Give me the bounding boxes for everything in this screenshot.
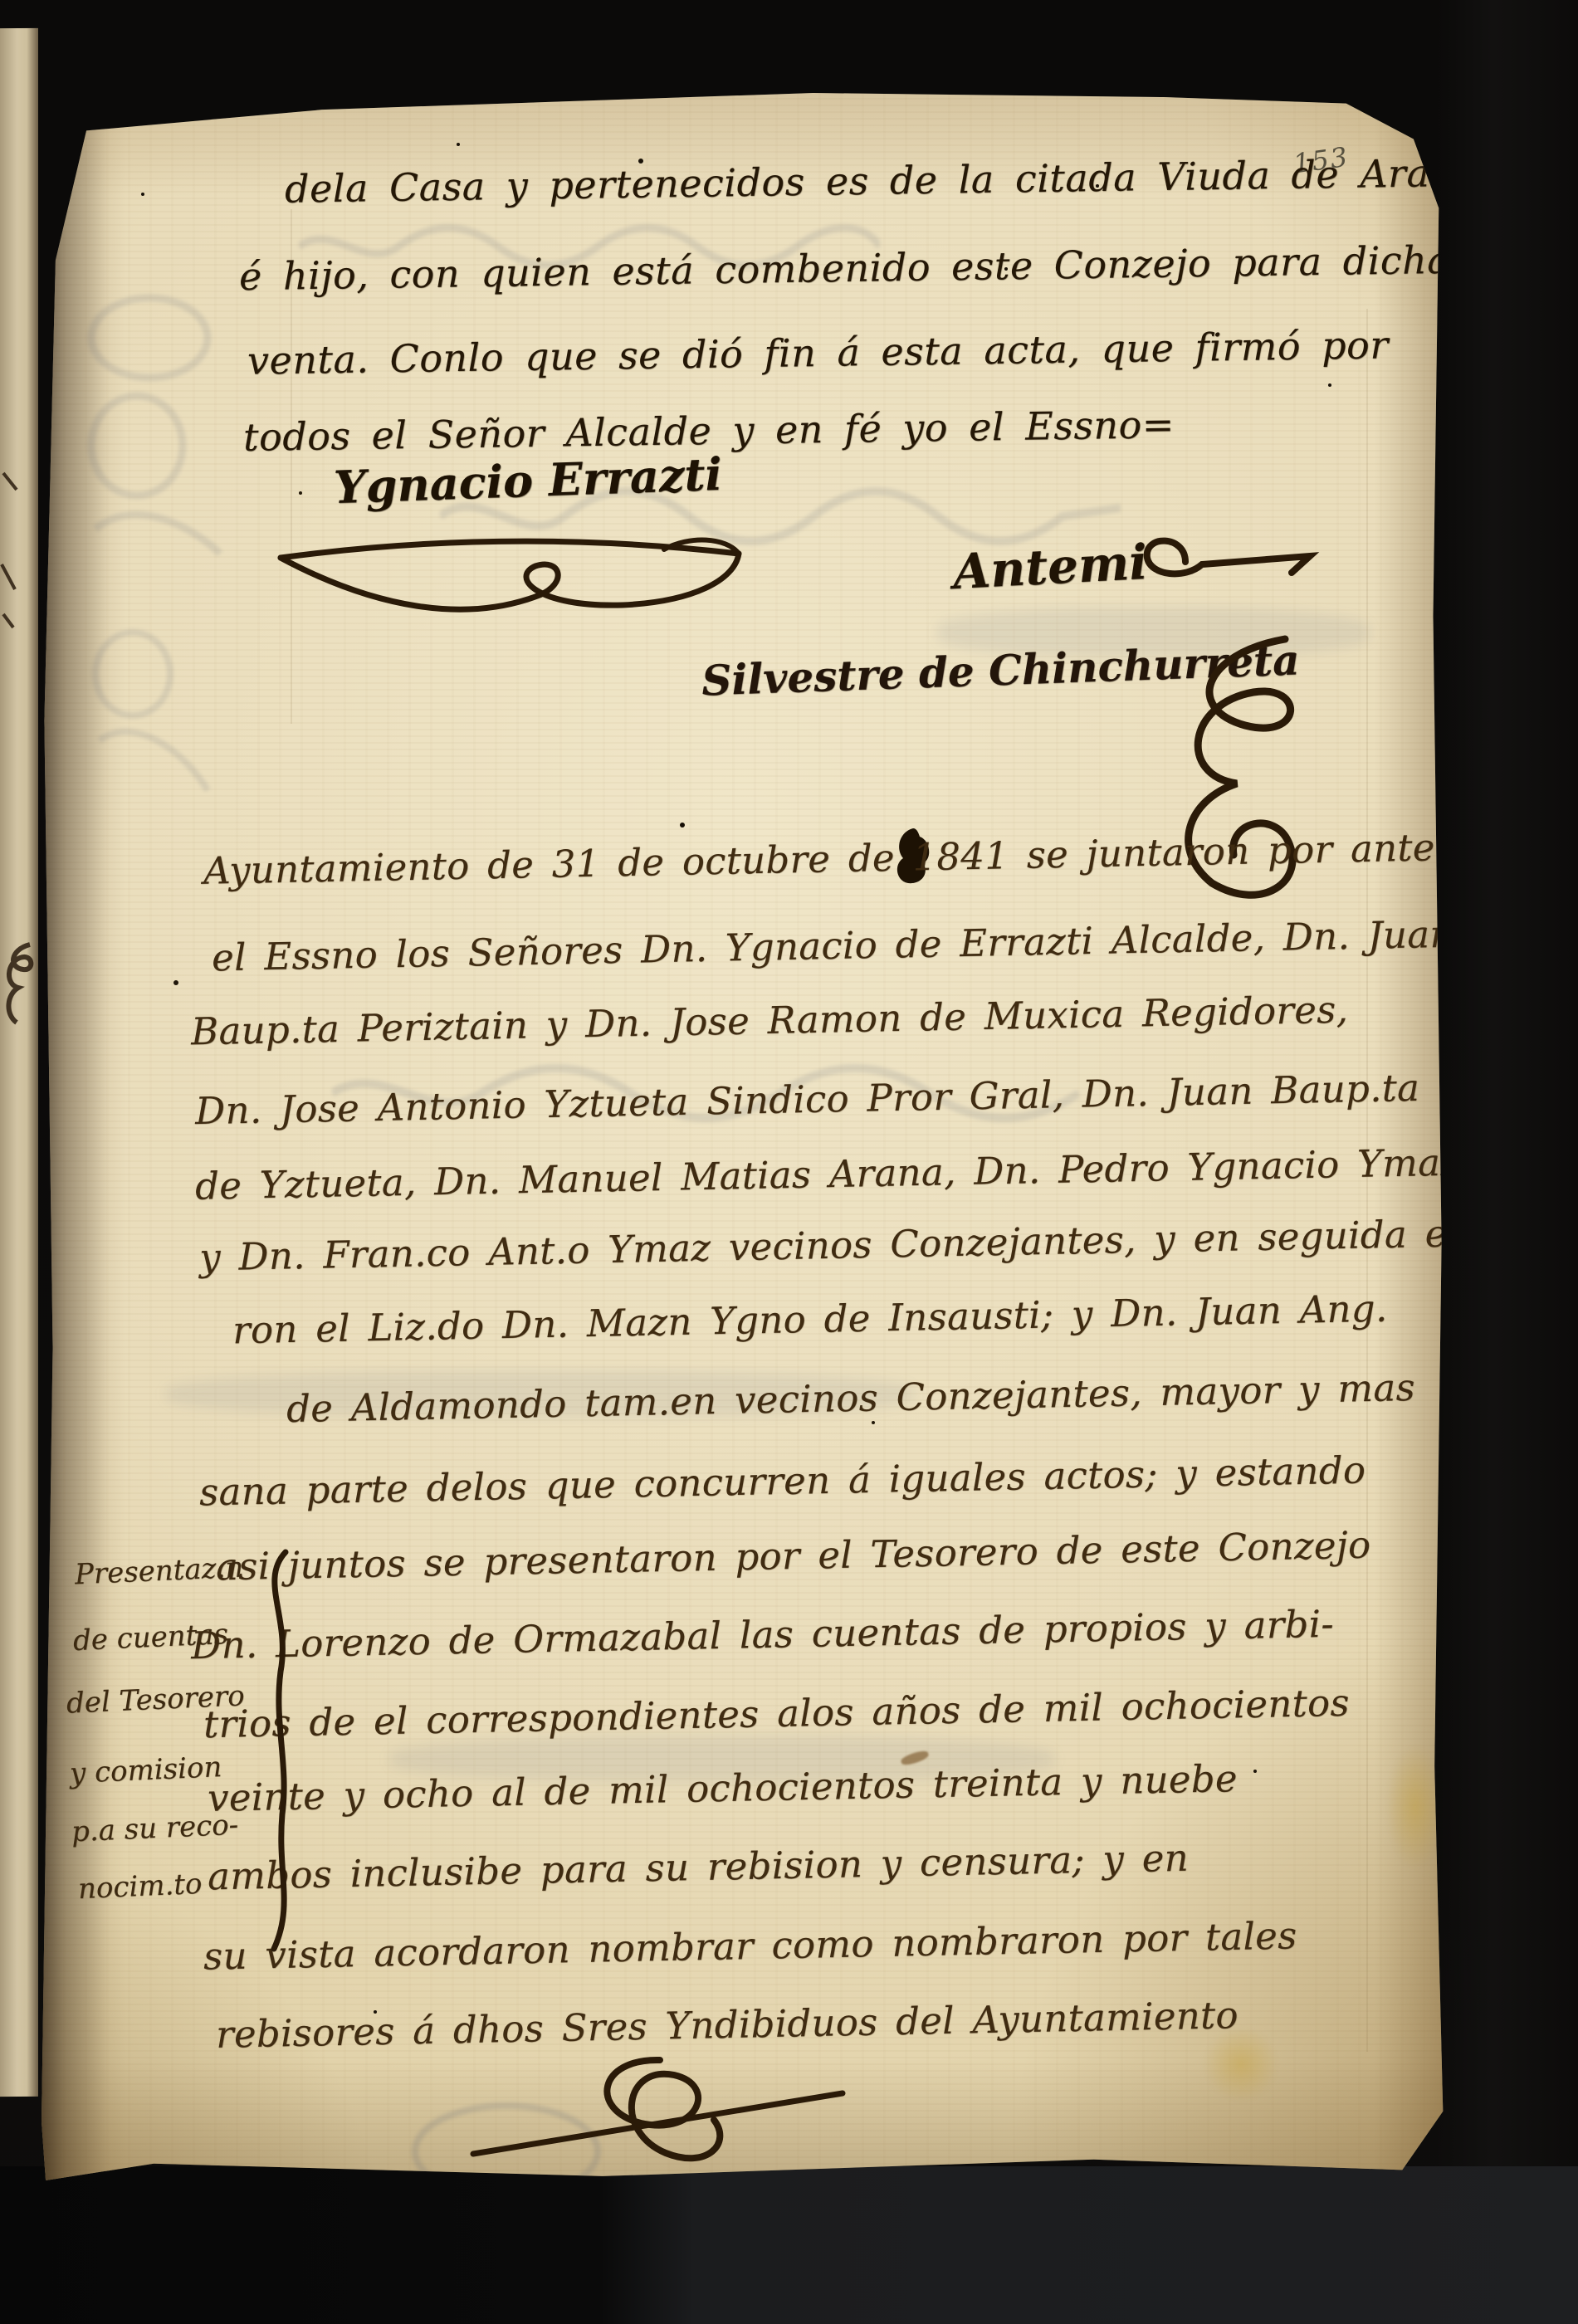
signature-rubric-flourish — [274, 512, 755, 637]
adjacent-page-ink-mark — [2, 938, 37, 1029]
scan-background-right — [1437, 0, 1578, 2324]
margin-note-brace — [251, 1547, 300, 1954]
manuscript-page: 153 dela Casa y pertenecidos es de la ci… — [42, 93, 1444, 2185]
manuscript-line: dela Casa y pertenecidos es de la citada… — [285, 150, 1561, 210]
manuscript-line: el Essno los Señores Dn. Ygnacio de Erra… — [212, 914, 1454, 979]
antemi-flourish — [1136, 525, 1326, 599]
ink-bleedthrough-loops — [62, 280, 237, 562]
manuscript-line: y Dn. Fran.co Ant.o Ymaz vecinos Conzeja… — [199, 1211, 1541, 1278]
margin-note-line: y comision — [69, 1752, 222, 1789]
manuscript-line: venta. Conlo que se dió fin á esta acta,… — [247, 324, 1389, 382]
scan-background-bottom — [0, 2166, 1578, 2324]
manuscript-line: rebisores á dhos Sres Yndibiduos del Ayu… — [216, 1994, 1239, 2055]
ink-bleedthrough-loops — [75, 624, 216, 807]
manuscript-line: Dn. Lorenzo de Ormazabal las cuentas de … — [191, 1604, 1335, 1667]
manuscript-line: de Yztueta, Dn. Manuel Matias Arana, Dn.… — [195, 1141, 1473, 1207]
scanned-book-photo: 153 dela Casa y pertenecidos es de la ci… — [0, 0, 1578, 2324]
margin-note-line: Presentaz.n — [74, 1553, 244, 1591]
manuscript-line: sana parte delos que concurren á iguales… — [199, 1450, 1366, 1513]
paper-stain — [1204, 2027, 1278, 2102]
manuscript-line: su vista acordaron nombrar como nombraro… — [203, 1915, 1297, 1977]
manuscript-line: asi juntos se presentaron por el Tesorer… — [216, 1525, 1371, 1588]
margin-note-line: nocim.to — [77, 1869, 203, 1906]
manuscript-line: Baup.ta Periztain y Dn. Jose Ramon de Mu… — [191, 989, 1349, 1052]
closing-flourish — [465, 2050, 855, 2179]
paper-specks — [141, 193, 144, 196]
antemi-attestation: Antemi — [951, 536, 1148, 599]
manuscript-line: veinte y ocho al de mil ochocientos trei… — [208, 1758, 1238, 1819]
margin-note-line: p.a su reco- — [71, 1810, 239, 1848]
manuscript-line: ron el Liz.do Dn. Mazn Ygno de Insausti;… — [232, 1288, 1388, 1351]
margin-note-line: de cuentas — [72, 1619, 228, 1658]
adjacent-page-ink-mark — [0, 465, 25, 631]
notary-rubric-flourish — [1152, 632, 1326, 923]
adjacent-page-edge — [0, 28, 38, 2097]
paper-stain — [1386, 1745, 1444, 1869]
manuscript-line: ambos inclusibe para su rebision y censu… — [208, 1838, 1190, 1897]
